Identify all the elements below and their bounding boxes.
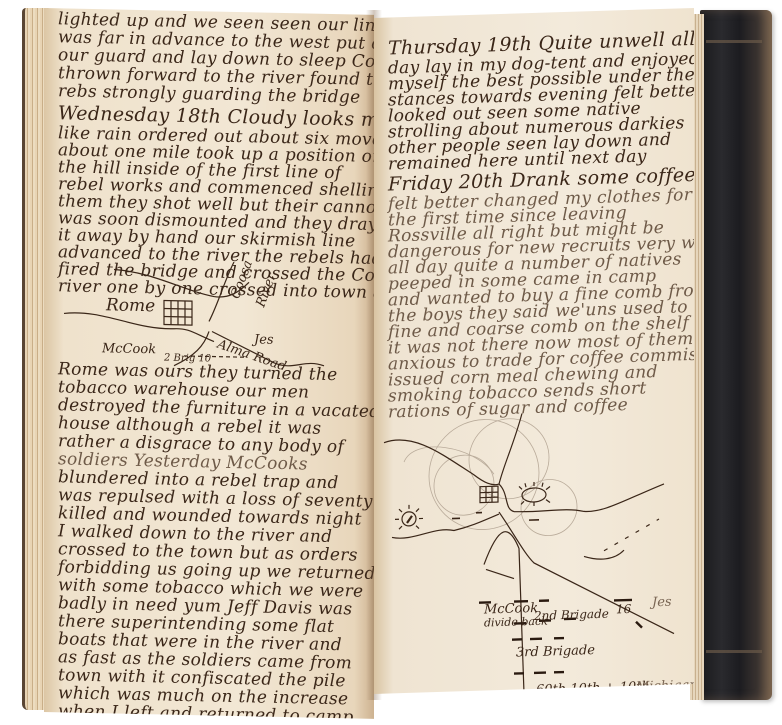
sketch-map-battle: McCook divide back 2nd Brigade 16 Jes 3r… <box>374 408 694 694</box>
map-label-rome: Rome <box>106 295 155 316</box>
left-page: lighted up and we seen seen our line was… <box>44 8 374 719</box>
sketch-map-rome: Rome Coosa River McCook 2 Brig 10 Jes Al… <box>44 258 374 375</box>
map-label-jes: Jes <box>254 332 274 347</box>
map-label-michigan: Michigan <box>636 678 694 694</box>
map-label-3rd-brigade: 3rd Brigade <box>516 643 595 660</box>
spine-band <box>706 650 762 653</box>
map-label-mccook: McCook <box>102 341 156 357</box>
map-label-jes: Jes <box>652 595 672 611</box>
map-label-regiments: 60th 10th + 10th <box>536 679 650 694</box>
right-page: Thursday 19th Quite unwell all day lay i… <box>374 8 694 694</box>
open-diary: lighted up and we seen seen our line was… <box>0 0 782 725</box>
map-label-16: 16 <box>616 602 631 616</box>
spine-band <box>706 40 762 43</box>
map-label-2nd-brigade: 2nd Brigade <box>534 607 609 623</box>
book-cover-spine <box>700 10 772 700</box>
